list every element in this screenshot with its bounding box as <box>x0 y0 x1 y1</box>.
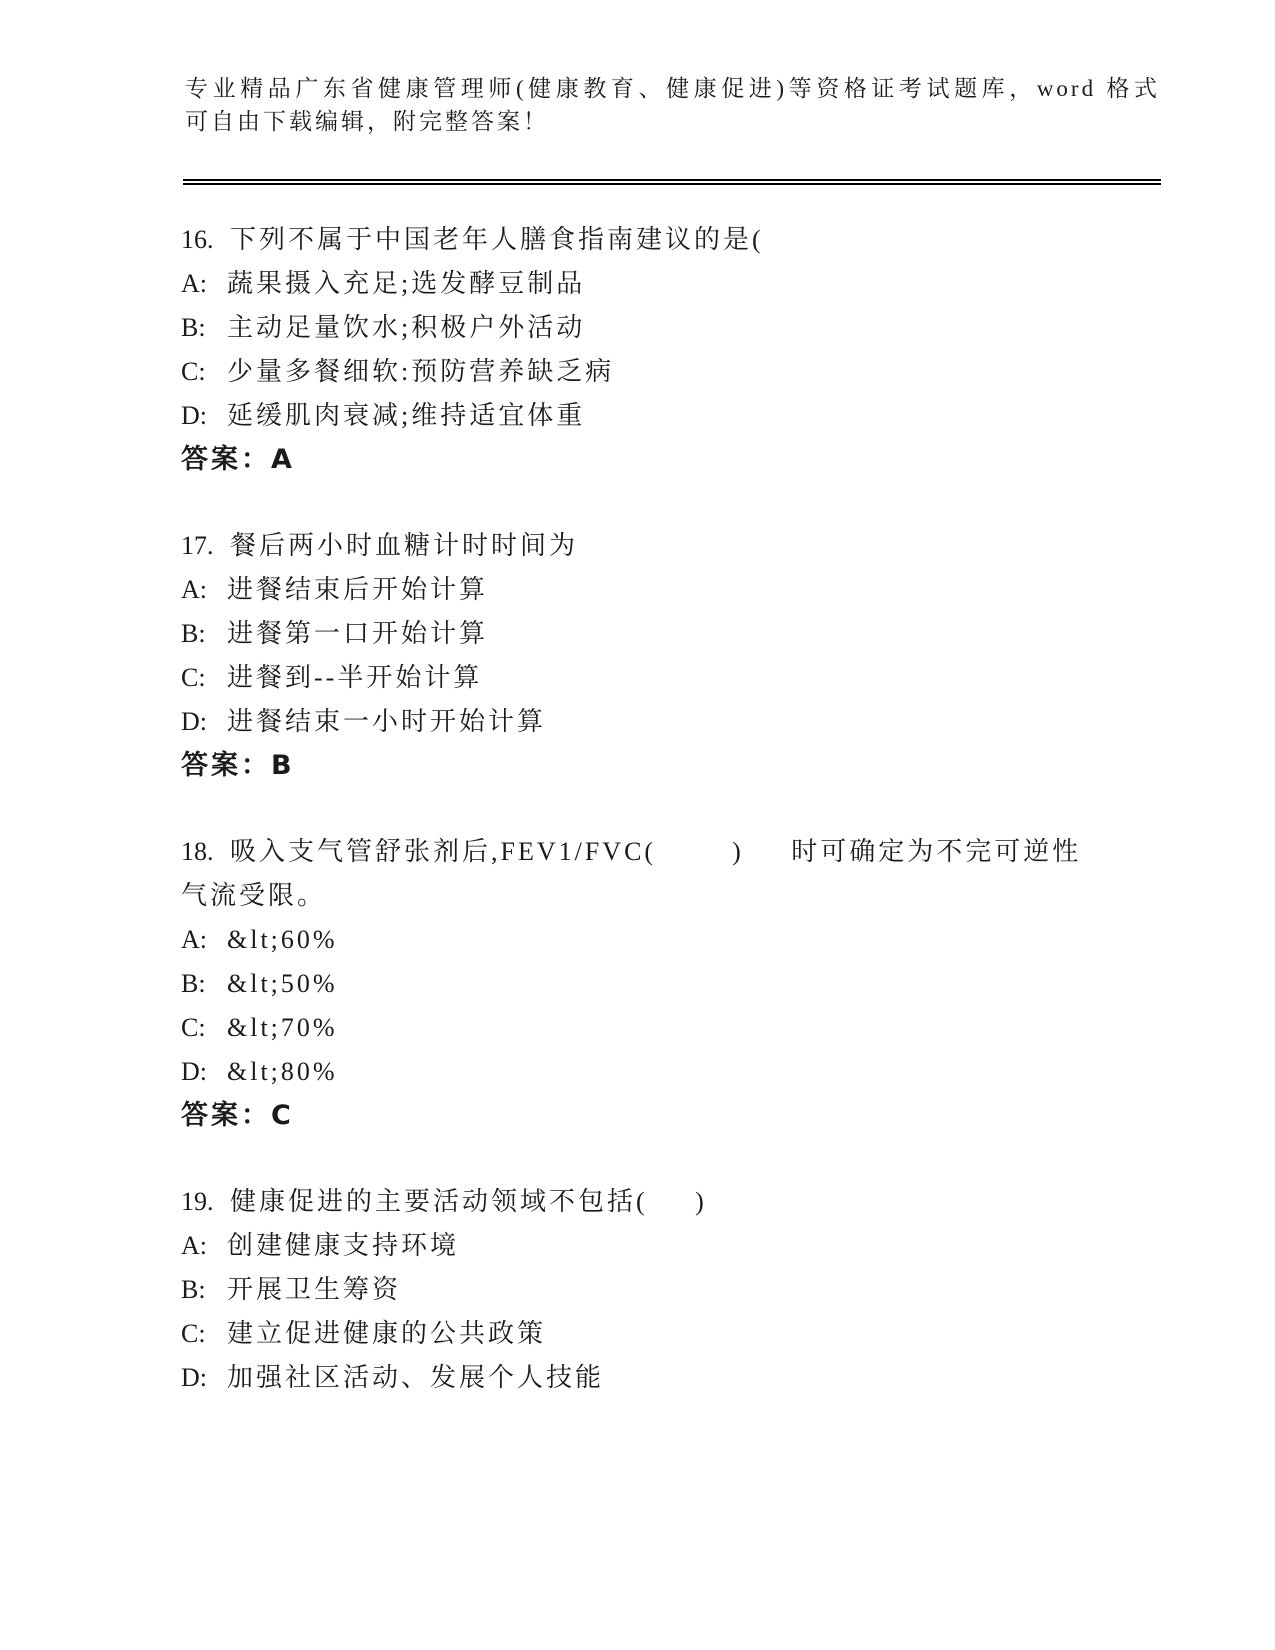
option-label: A: <box>181 568 227 612</box>
option-text: 开展卫生筹资 <box>227 1275 401 1304</box>
option-label: B: <box>181 306 227 350</box>
option-text: 进餐结束一小时开始计算 <box>227 707 546 736</box>
answer-label: 答案： <box>181 1100 271 1131</box>
question-number: 17. <box>181 524 230 568</box>
question-text: 吸入支气管舒张剂后,FEV1/FVC( ) 时可确定为不完可逆性 <box>230 837 1081 866</box>
option-label: A: <box>181 262 227 306</box>
option-text: &lt;60% <box>227 925 338 954</box>
question-line: 17.餐后两小时血糖计时时间为 <box>181 524 1166 568</box>
option-label: B: <box>181 612 227 656</box>
answer-label: 答案： <box>181 444 271 475</box>
option-b: B:进餐第一口开始计算 <box>181 612 1166 656</box>
option-a: A:创建健康支持环境 <box>181 1224 1166 1268</box>
option-text: 创建健康支持环境 <box>227 1231 459 1260</box>
option-text: 蔬果摄入充足;选发酵豆制品 <box>227 269 585 298</box>
question-text: 下列不属于中国老年人膳食指南建议的是( <box>230 225 764 254</box>
question-19: 19.健康促进的主要活动领域不包括( ) A:创建健康支持环境 B:开展卫生筹资… <box>181 1180 1166 1400</box>
question-line: 18.吸入支气管舒张剂后,FEV1/FVC( ) 时可确定为不完可逆性 <box>181 830 1166 874</box>
header-promo-line-1: 专业精品广东省健康管理师(健康教育、健康促进)等资格证考试题库，word 格式 <box>185 72 1160 105</box>
option-d: D:延缓肌肉衰减;维持适宜体重 <box>181 394 1166 438</box>
question-number: 18. <box>181 830 230 874</box>
document-header: 专业精品广东省健康管理师(健康教育、健康促进)等资格证考试题库，word 格式 … <box>185 72 1160 138</box>
option-b: B:主动足量饮水;积极户外活动 <box>181 306 1166 350</box>
question-17: 17.餐后两小时血糖计时时间为 A:进餐结束后开始计算 B:进餐第一口开始计算 … <box>181 524 1166 788</box>
answer-value: A <box>271 444 295 475</box>
question-line: 19.健康促进的主要活动领域不包括( ) <box>181 1180 1166 1224</box>
option-a: A:进餐结束后开始计算 <box>181 568 1166 612</box>
question-text: 健康促进的主要活动领域不包括( ) <box>230 1187 707 1216</box>
option-label: D: <box>181 700 227 744</box>
answer-value: C <box>271 1100 294 1131</box>
option-label: A: <box>181 918 227 962</box>
question-16: 16.下列不属于中国老年人膳食指南建议的是( A:蔬果摄入充足;选发酵豆制品 B… <box>181 218 1166 482</box>
option-label: C: <box>181 1006 227 1050</box>
header-promo-line-2: 可自由下载编辑，附完整答案！ <box>185 105 1160 138</box>
question-line: 16.下列不属于中国老年人膳食指南建议的是( <box>181 218 1166 262</box>
option-label: D: <box>181 1356 227 1400</box>
option-a: A:蔬果摄入充足;选发酵豆制品 <box>181 262 1166 306</box>
option-text: 进餐结束后开始计算 <box>227 575 488 604</box>
option-label: D: <box>181 394 227 438</box>
answer-value: B <box>271 750 295 781</box>
answer-label: 答案： <box>181 750 271 781</box>
option-c: C:建立促进健康的公共政策 <box>181 1312 1166 1356</box>
option-c: C:&lt;70% <box>181 1006 1166 1050</box>
option-text: 延缓肌肉衰减;维持适宜体重 <box>227 401 585 430</box>
questions-area: 16.下列不属于中国老年人膳食指南建议的是( A:蔬果摄入充足;选发酵豆制品 B… <box>181 218 1166 1442</box>
question-number: 19. <box>181 1180 230 1224</box>
option-a: A:&lt;60% <box>181 918 1166 962</box>
option-text: 进餐第一口开始计算 <box>227 619 488 648</box>
option-label: A: <box>181 1224 227 1268</box>
option-d: D:&lt;80% <box>181 1050 1166 1094</box>
option-text: 进餐到--半开始计算 <box>227 663 482 692</box>
answer-line: 答案：A <box>181 438 1166 482</box>
option-label: B: <box>181 1268 227 1312</box>
exam-document-page: 专业精品广东省健康管理师(健康教育、健康促进)等资格证考试题库，word 格式 … <box>0 0 1275 1650</box>
option-c: C:进餐到--半开始计算 <box>181 656 1166 700</box>
option-d: D:进餐结束一小时开始计算 <box>181 700 1166 744</box>
question-text: 餐后两小时血糖计时时间为 <box>230 531 578 560</box>
option-label: C: <box>181 656 227 700</box>
option-c: C:少量多餐细软:预防营养缺乏病 <box>181 350 1166 394</box>
option-label: D: <box>181 1050 227 1094</box>
question-number: 16. <box>181 218 230 262</box>
option-text: &lt;80% <box>227 1057 338 1086</box>
question-text-continuation: 气流受限。 <box>181 874 1166 918</box>
question-18: 18.吸入支气管舒张剂后,FEV1/FVC( ) 时可确定为不完可逆性 气流受限… <box>181 830 1166 1138</box>
option-text: 主动足量饮水;积极户外活动 <box>227 313 585 342</box>
option-text: &lt;50% <box>227 969 338 998</box>
header-divider <box>183 179 1161 185</box>
option-text: 少量多餐细软:预防营养缺乏病 <box>227 357 614 386</box>
answer-line: 答案：C <box>181 1094 1166 1138</box>
option-text: &lt;70% <box>227 1013 338 1042</box>
option-label: C: <box>181 1312 227 1356</box>
option-label: B: <box>181 962 227 1006</box>
option-b: B:&lt;50% <box>181 962 1166 1006</box>
option-text: 建立促进健康的公共政策 <box>227 1319 546 1348</box>
option-label: C: <box>181 350 227 394</box>
option-text: 加强社区活动、发展个人技能 <box>227 1363 604 1392</box>
option-b: B:开展卫生筹资 <box>181 1268 1166 1312</box>
answer-line: 答案：B <box>181 744 1166 788</box>
option-d: D:加强社区活动、发展个人技能 <box>181 1356 1166 1400</box>
